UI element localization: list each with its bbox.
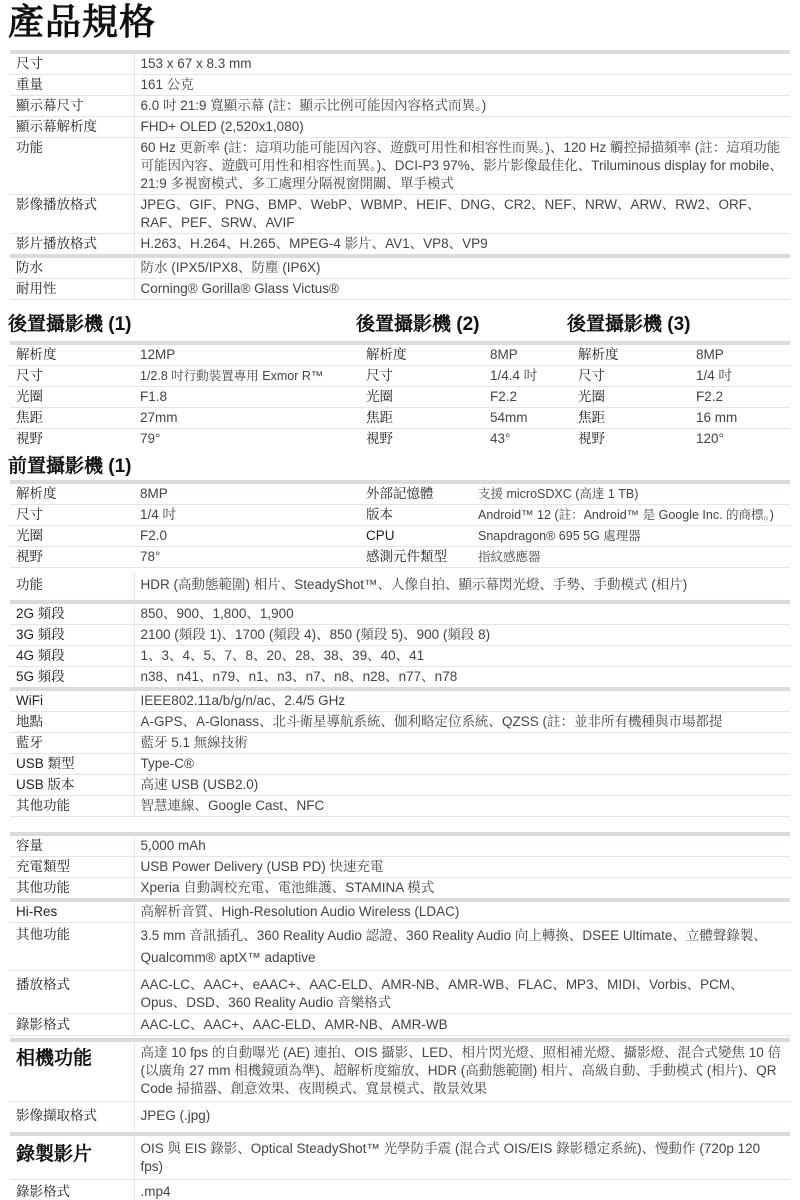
spec-value: 支援 microSDXC (高達 1 TB) bbox=[472, 482, 790, 505]
cam2-label: 焦距 bbox=[360, 408, 484, 429]
rear-camera-3-title: 後置攝影機 (3) bbox=[567, 313, 691, 337]
spec-label: 解析度 bbox=[10, 482, 134, 505]
cam2-label: 尺寸 bbox=[360, 366, 484, 387]
camera-row-focal-length: 焦距27mm 焦距54mm 焦距16 mm bbox=[10, 408, 790, 429]
cam1-value: 12MP bbox=[134, 343, 360, 366]
spec-label: 充電類型 bbox=[10, 857, 134, 878]
network-table: 2G 頻段850、900、1,800、1,900 3G 頻段2100 (頻段 1… bbox=[10, 600, 790, 817]
cam1-value: 1/2.8 吋行動裝置專用 Exmor R™ bbox=[134, 366, 360, 387]
battery-row-charging: 充電類型USB Power Delivery (USB PD) 快速充電 bbox=[10, 857, 790, 878]
spec-row-display-size: 顯示幕尺寸6.0 吋 21:9 寬顯示幕 (註：顯示比例可能因內容格式而異。) bbox=[10, 96, 790, 117]
cam3-label: 視野 bbox=[572, 429, 690, 450]
spec-label: 顯示幕解析度 bbox=[10, 117, 134, 138]
spec-label: 容量 bbox=[10, 834, 134, 857]
conn-row-other: 其他功能智慧連線、Google Cast、NFC bbox=[10, 796, 790, 817]
video-recording-row: 錄製影片 OIS 與 EIS 錄影、Optical SteadyShot™ 光學… bbox=[10, 1134, 790, 1180]
spec-value: 1/4 吋 bbox=[134, 505, 360, 526]
cam1-value: 79° bbox=[134, 429, 360, 450]
audio-row-recording: 錄影格式AAC-LC、AAC+、AAC-ELD、AMR-NB、AMR-WB bbox=[10, 1014, 790, 1036]
spec-value: 藍牙 5.1 無線技術 bbox=[134, 733, 790, 754]
spec-label: 5G 頻段 bbox=[10, 667, 134, 690]
spec-label: 4G 頻段 bbox=[10, 646, 134, 667]
cam2-value: 43° bbox=[484, 429, 572, 450]
spec-value: Xperia 自動調校充電、電池維護、STAMINA 模式 bbox=[134, 878, 790, 901]
conn-row-location: 地點A-GPS、A-Glonass、北斗衛星導航系統、伽利略定位系統、QZSS … bbox=[10, 712, 790, 733]
network-row-4g: 4G 頻段1、3、4、5、7、8、20、28、38、39、40、41 bbox=[10, 646, 790, 667]
audio-row-playback: 播放格式AAC-LC、AAC+、eAAC+、AAC-ELD、AMR-NB、AMR… bbox=[10, 971, 790, 1014]
cam3-value: 1/4 吋 bbox=[690, 366, 790, 387]
spec-value: JPEG、GIF、PNG、BMP、WebP、WBMP、HEIF、DNG、CR2、… bbox=[134, 195, 790, 234]
spec-value: 153 x 67 x 8.3 mm bbox=[134, 52, 790, 75]
spec-value: .mp4 bbox=[134, 1180, 790, 1200]
spec-label: 地點 bbox=[10, 712, 134, 733]
spec-value: 智慧連線、Google Cast、NFC bbox=[134, 796, 790, 817]
page-title: 產品規格 bbox=[8, 2, 156, 42]
cam1-label: 視野 bbox=[10, 429, 134, 450]
spec-label: 顯示幕尺寸 bbox=[10, 96, 134, 117]
camera-features-table: 相機功能 高達 10 fps 的自動曝光 (AE) 連拍、OIS 攝影、LED、… bbox=[10, 1038, 790, 1132]
spec-value: 3.5 mm 音訊插孔、360 Reality Audio 認證、360 Rea… bbox=[134, 923, 790, 971]
spec-value: AAC-LC、AAC+、eAAC+、AAC-ELD、AMR-NB、AMR-WB、… bbox=[134, 971, 790, 1014]
spec-value: 8MP bbox=[134, 482, 360, 505]
network-row-2g: 2G 頻段850、900、1,800、1,900 bbox=[10, 602, 790, 625]
spec-row-weight: 重量161 公克 bbox=[10, 75, 790, 96]
spec-label: 光圈 bbox=[10, 526, 134, 547]
spec-label: 錄影格式 bbox=[10, 1014, 134, 1036]
cam1-label: 光圈 bbox=[10, 387, 134, 408]
spec-label: 其他功能 bbox=[10, 923, 134, 971]
spec-label: 2G 頻段 bbox=[10, 602, 134, 625]
front-row-fov: 視野78° 感測元件類型指紋感應器 bbox=[10, 547, 790, 568]
cam2-label: 視野 bbox=[360, 429, 484, 450]
spec-value: 78° bbox=[134, 547, 360, 568]
spec-value: JPEG (.jpg) bbox=[134, 1102, 790, 1132]
camera-row-field-of-view: 視野79° 視野43° 視野120° bbox=[10, 429, 790, 450]
spec-value: 6.0 吋 21:9 寬顯示幕 (註：顯示比例可能因內容格式而異。) bbox=[134, 96, 790, 117]
spec-row-durability: 耐用性Corning® Gorilla® Glass Victus® bbox=[10, 279, 790, 300]
spec-value: 161 公克 bbox=[134, 75, 790, 96]
cam2-value: 1/4.4 吋 bbox=[484, 366, 572, 387]
capture-format-row: 影像擷取格式 JPEG (.jpg) bbox=[10, 1102, 790, 1132]
spec-label: 影像擷取格式 bbox=[10, 1102, 134, 1132]
cam3-label: 尺寸 bbox=[572, 366, 690, 387]
spec-value: 高解析音質、High-Resolution Audio Wireless (LD… bbox=[134, 900, 790, 923]
camera-features-label: 相機功能 bbox=[10, 1040, 134, 1102]
spec-value: 850、900、1,800、1,900 bbox=[134, 602, 790, 625]
spec-label: 耐用性 bbox=[10, 279, 134, 300]
audio-row-other: 其他功能3.5 mm 音訊插孔、360 Reality Audio 認證、360… bbox=[10, 923, 790, 971]
front-row-aperture: 光圈F2.0 CPUSnapdragon® 695 5G 處理器 bbox=[10, 526, 790, 547]
spec-value: USB Power Delivery (USB PD) 快速充電 bbox=[134, 857, 790, 878]
cam3-label: 焦距 bbox=[572, 408, 690, 429]
spec-label: WiFi bbox=[10, 689, 134, 712]
cam1-label: 尺寸 bbox=[10, 366, 134, 387]
cam2-value: 8MP bbox=[484, 343, 572, 366]
spec-value: 高達 10 fps 的自動曝光 (AE) 連拍、OIS 攝影、LED、相片閃光燈… bbox=[134, 1040, 790, 1102]
battery-audio-table: 容量5,000 mAh 充電類型USB Power Delivery (USB … bbox=[10, 832, 790, 1036]
network-row-5g: 5G 頻段n38、n41、n79、n1、n3、n7、n8、n28、n77、n78 bbox=[10, 667, 790, 690]
cam3-value: 16 mm bbox=[690, 408, 790, 429]
spec-label: CPU bbox=[360, 526, 472, 547]
spec-label: 錄影格式 bbox=[10, 1180, 134, 1200]
spec-value: 指紋感應器 bbox=[472, 547, 790, 568]
spec-value: IEEE802.11a/b/g/n/ac、2.4/5 GHz bbox=[134, 689, 790, 712]
cam2-value: F2.2 bbox=[484, 387, 572, 408]
conn-row-usb-version: USB 版本高速 USB (USB2.0) bbox=[10, 775, 790, 796]
spec-value: Snapdragon® 695 5G 處理器 bbox=[472, 526, 790, 547]
spec-value: Android™ 12 (註：Android™ 是 Google Inc. 的商… bbox=[472, 505, 790, 526]
spec-label: 影像播放格式 bbox=[10, 195, 134, 234]
front-camera-title: 前置攝影機 (1) bbox=[8, 455, 132, 479]
spec-label: 功能 bbox=[10, 572, 134, 600]
battery-row-capacity: 容量5,000 mAh bbox=[10, 834, 790, 857]
spec-row-display-resolution: 顯示幕解析度FHD+ OLED (2,520x1,080) bbox=[10, 117, 790, 138]
cam2-label: 光圈 bbox=[360, 387, 484, 408]
spec-value: H.263、H.264、H.265、MPEG-4 影片、AV1、VP8、VP9 bbox=[134, 234, 790, 257]
camera-features-row: 相機功能 高達 10 fps 的自動曝光 (AE) 連拍、OIS 攝影、LED、… bbox=[10, 1040, 790, 1102]
cam3-value: 8MP bbox=[690, 343, 790, 366]
spec-label: 版本 bbox=[360, 505, 472, 526]
spec-value: 1、3、4、5、7、8、20、28、38、39、40、41 bbox=[134, 646, 790, 667]
camera-row-resolution: 解析度12MP 解析度8MP 解析度8MP bbox=[10, 343, 790, 366]
spec-label: USB 版本 bbox=[10, 775, 134, 796]
spec-label: 感測元件類型 bbox=[360, 547, 472, 568]
spec-label: 外部記憶體 bbox=[360, 482, 472, 505]
network-row-3g: 3G 頻段2100 (頻段 1)、1700 (頻段 4)、850 (頻段 5)、… bbox=[10, 625, 790, 646]
conn-row-usb-type: USB 類型Type-C® bbox=[10, 754, 790, 775]
rear-camera-table: 解析度12MP 解析度8MP 解析度8MP 尺寸1/2.8 吋行動裝置專用 Ex… bbox=[10, 341, 790, 449]
audio-row-hires: Hi-Res高解析音質、High-Resolution Audio Wirele… bbox=[10, 900, 790, 923]
front-camera-table: 解析度8MP 外部記憶體支援 microSDXC (高達 1 TB) 尺寸1/4… bbox=[10, 480, 790, 568]
spec-label: 尺寸 bbox=[10, 52, 134, 75]
spec-value: n38、n41、n79、n1、n3、n7、n8、n28、n77、n78 bbox=[134, 667, 790, 690]
spec-value: 高速 USB (USB2.0) bbox=[134, 775, 790, 796]
spec-value: 60 Hz 更新率 (註：這項功能可能因內容、遊戲可用性和相容性而異。)、120… bbox=[134, 138, 790, 195]
spec-label: 其他功能 bbox=[10, 878, 134, 901]
cam3-label: 光圈 bbox=[572, 387, 690, 408]
front-row-size: 尺寸1/4 吋 版本Android™ 12 (註：Android™ 是 Goog… bbox=[10, 505, 790, 526]
spec-label: 3G 頻段 bbox=[10, 625, 134, 646]
spec-row-video-playback: 影片播放格式H.263、H.264、H.265、MPEG-4 影片、AV1、VP… bbox=[10, 234, 790, 257]
video-recording-label: 錄製影片 bbox=[10, 1134, 134, 1180]
spec-label: Hi-Res bbox=[10, 900, 134, 923]
camera-row-aperture: 光圈F1.8 光圈F2.2 光圈F2.2 bbox=[10, 387, 790, 408]
front-row-resolution: 解析度8MP 外部記憶體支援 microSDXC (高達 1 TB) bbox=[10, 482, 790, 505]
spec-label: 藍牙 bbox=[10, 733, 134, 754]
spec-value: A-GPS、A-Glonass、北斗衛星導航系統、伽利略定位系統、QZSS (註… bbox=[134, 712, 790, 733]
general-spec-table: 尺寸153 x 67 x 8.3 mm 重量161 公克 顯示幕尺寸6.0 吋 … bbox=[10, 50, 790, 300]
camera-row-sensor-size: 尺寸1/2.8 吋行動裝置專用 Exmor R™ 尺寸1/4.4 吋 尺寸1/4… bbox=[10, 366, 790, 387]
cam3-value: F2.2 bbox=[690, 387, 790, 408]
conn-row-wifi: WiFiIEEE802.11a/b/g/n/ac、2.4/5 GHz bbox=[10, 689, 790, 712]
spec-label: 其他功能 bbox=[10, 796, 134, 817]
video-recording-table: 錄製影片 OIS 與 EIS 錄影、Optical SteadyShot™ 光學… bbox=[10, 1132, 790, 1200]
cam1-value: F1.8 bbox=[134, 387, 360, 408]
spec-value: OIS 與 EIS 錄影、Optical SteadyShot™ 光學防手震 (… bbox=[134, 1134, 790, 1180]
rear-camera-2-title: 後置攝影機 (2) bbox=[356, 313, 480, 337]
spec-value: HDR (高動態範圍) 相片、SteadyShot™、人像自拍、顯示幕閃光燈、手… bbox=[134, 572, 790, 600]
spec-value: AAC-LC、AAC+、AAC-ELD、AMR-NB、AMR-WB bbox=[134, 1014, 790, 1036]
spec-value: Type-C® bbox=[134, 754, 790, 775]
spec-value: Corning® Gorilla® Glass Victus® bbox=[134, 279, 790, 300]
spec-label: 重量 bbox=[10, 75, 134, 96]
cam2-value: 54mm bbox=[484, 408, 572, 429]
spec-value: 5,000 mAh bbox=[134, 834, 790, 857]
spec-row-waterproof: 防水防水 (IPX5/IPX8、防塵 (IP6X) bbox=[10, 256, 790, 279]
cam1-label: 焦距 bbox=[10, 408, 134, 429]
video-format-row: 錄影格式 .mp4 bbox=[10, 1180, 790, 1200]
conn-row-bluetooth: 藍牙藍牙 5.1 無線技術 bbox=[10, 733, 790, 754]
cam1-label: 解析度 bbox=[10, 343, 134, 366]
spec-label: 尺寸 bbox=[10, 505, 134, 526]
spec-label: 播放格式 bbox=[10, 971, 134, 1014]
cam1-value: 27mm bbox=[134, 408, 360, 429]
front-row-features: 功能 HDR (高動態範圍) 相片、SteadyShot™、人像自拍、顯示幕閃光… bbox=[10, 572, 790, 600]
spec-value: 防水 (IPX5/IPX8、防塵 (IP6X) bbox=[134, 256, 790, 279]
spec-row-size: 尺寸153 x 67 x 8.3 mm bbox=[10, 52, 790, 75]
spec-row-display-features: 功能60 Hz 更新率 (註：這項功能可能因內容、遊戲可用性和相容性而異。)、1… bbox=[10, 138, 790, 195]
spec-value: F2.0 bbox=[134, 526, 360, 547]
cam2-label: 解析度 bbox=[360, 343, 484, 366]
battery-row-other: 其他功能Xperia 自動調校充電、電池維護、STAMINA 模式 bbox=[10, 878, 790, 901]
spec-row-image-playback: 影像播放格式JPEG、GIF、PNG、BMP、WebP、WBMP、HEIF、DN… bbox=[10, 195, 790, 234]
spec-label: 影片播放格式 bbox=[10, 234, 134, 257]
rear-camera-1-title: 後置攝影機 (1) bbox=[8, 313, 132, 337]
spec-label: 視野 bbox=[10, 547, 134, 568]
cam3-value: 120° bbox=[690, 429, 790, 450]
cam3-label: 解析度 bbox=[572, 343, 690, 366]
spec-label: 防水 bbox=[10, 256, 134, 279]
spec-value: FHD+ OLED (2,520x1,080) bbox=[134, 117, 790, 138]
spec-value: 2100 (頻段 1)、1700 (頻段 4)、850 (頻段 5)、900 (… bbox=[134, 625, 790, 646]
front-camera-features-table: 功能 HDR (高動態範圍) 相片、SteadyShot™、人像自拍、顯示幕閃光… bbox=[10, 572, 790, 601]
spec-label: USB 類型 bbox=[10, 754, 134, 775]
spec-label: 功能 bbox=[10, 138, 134, 195]
